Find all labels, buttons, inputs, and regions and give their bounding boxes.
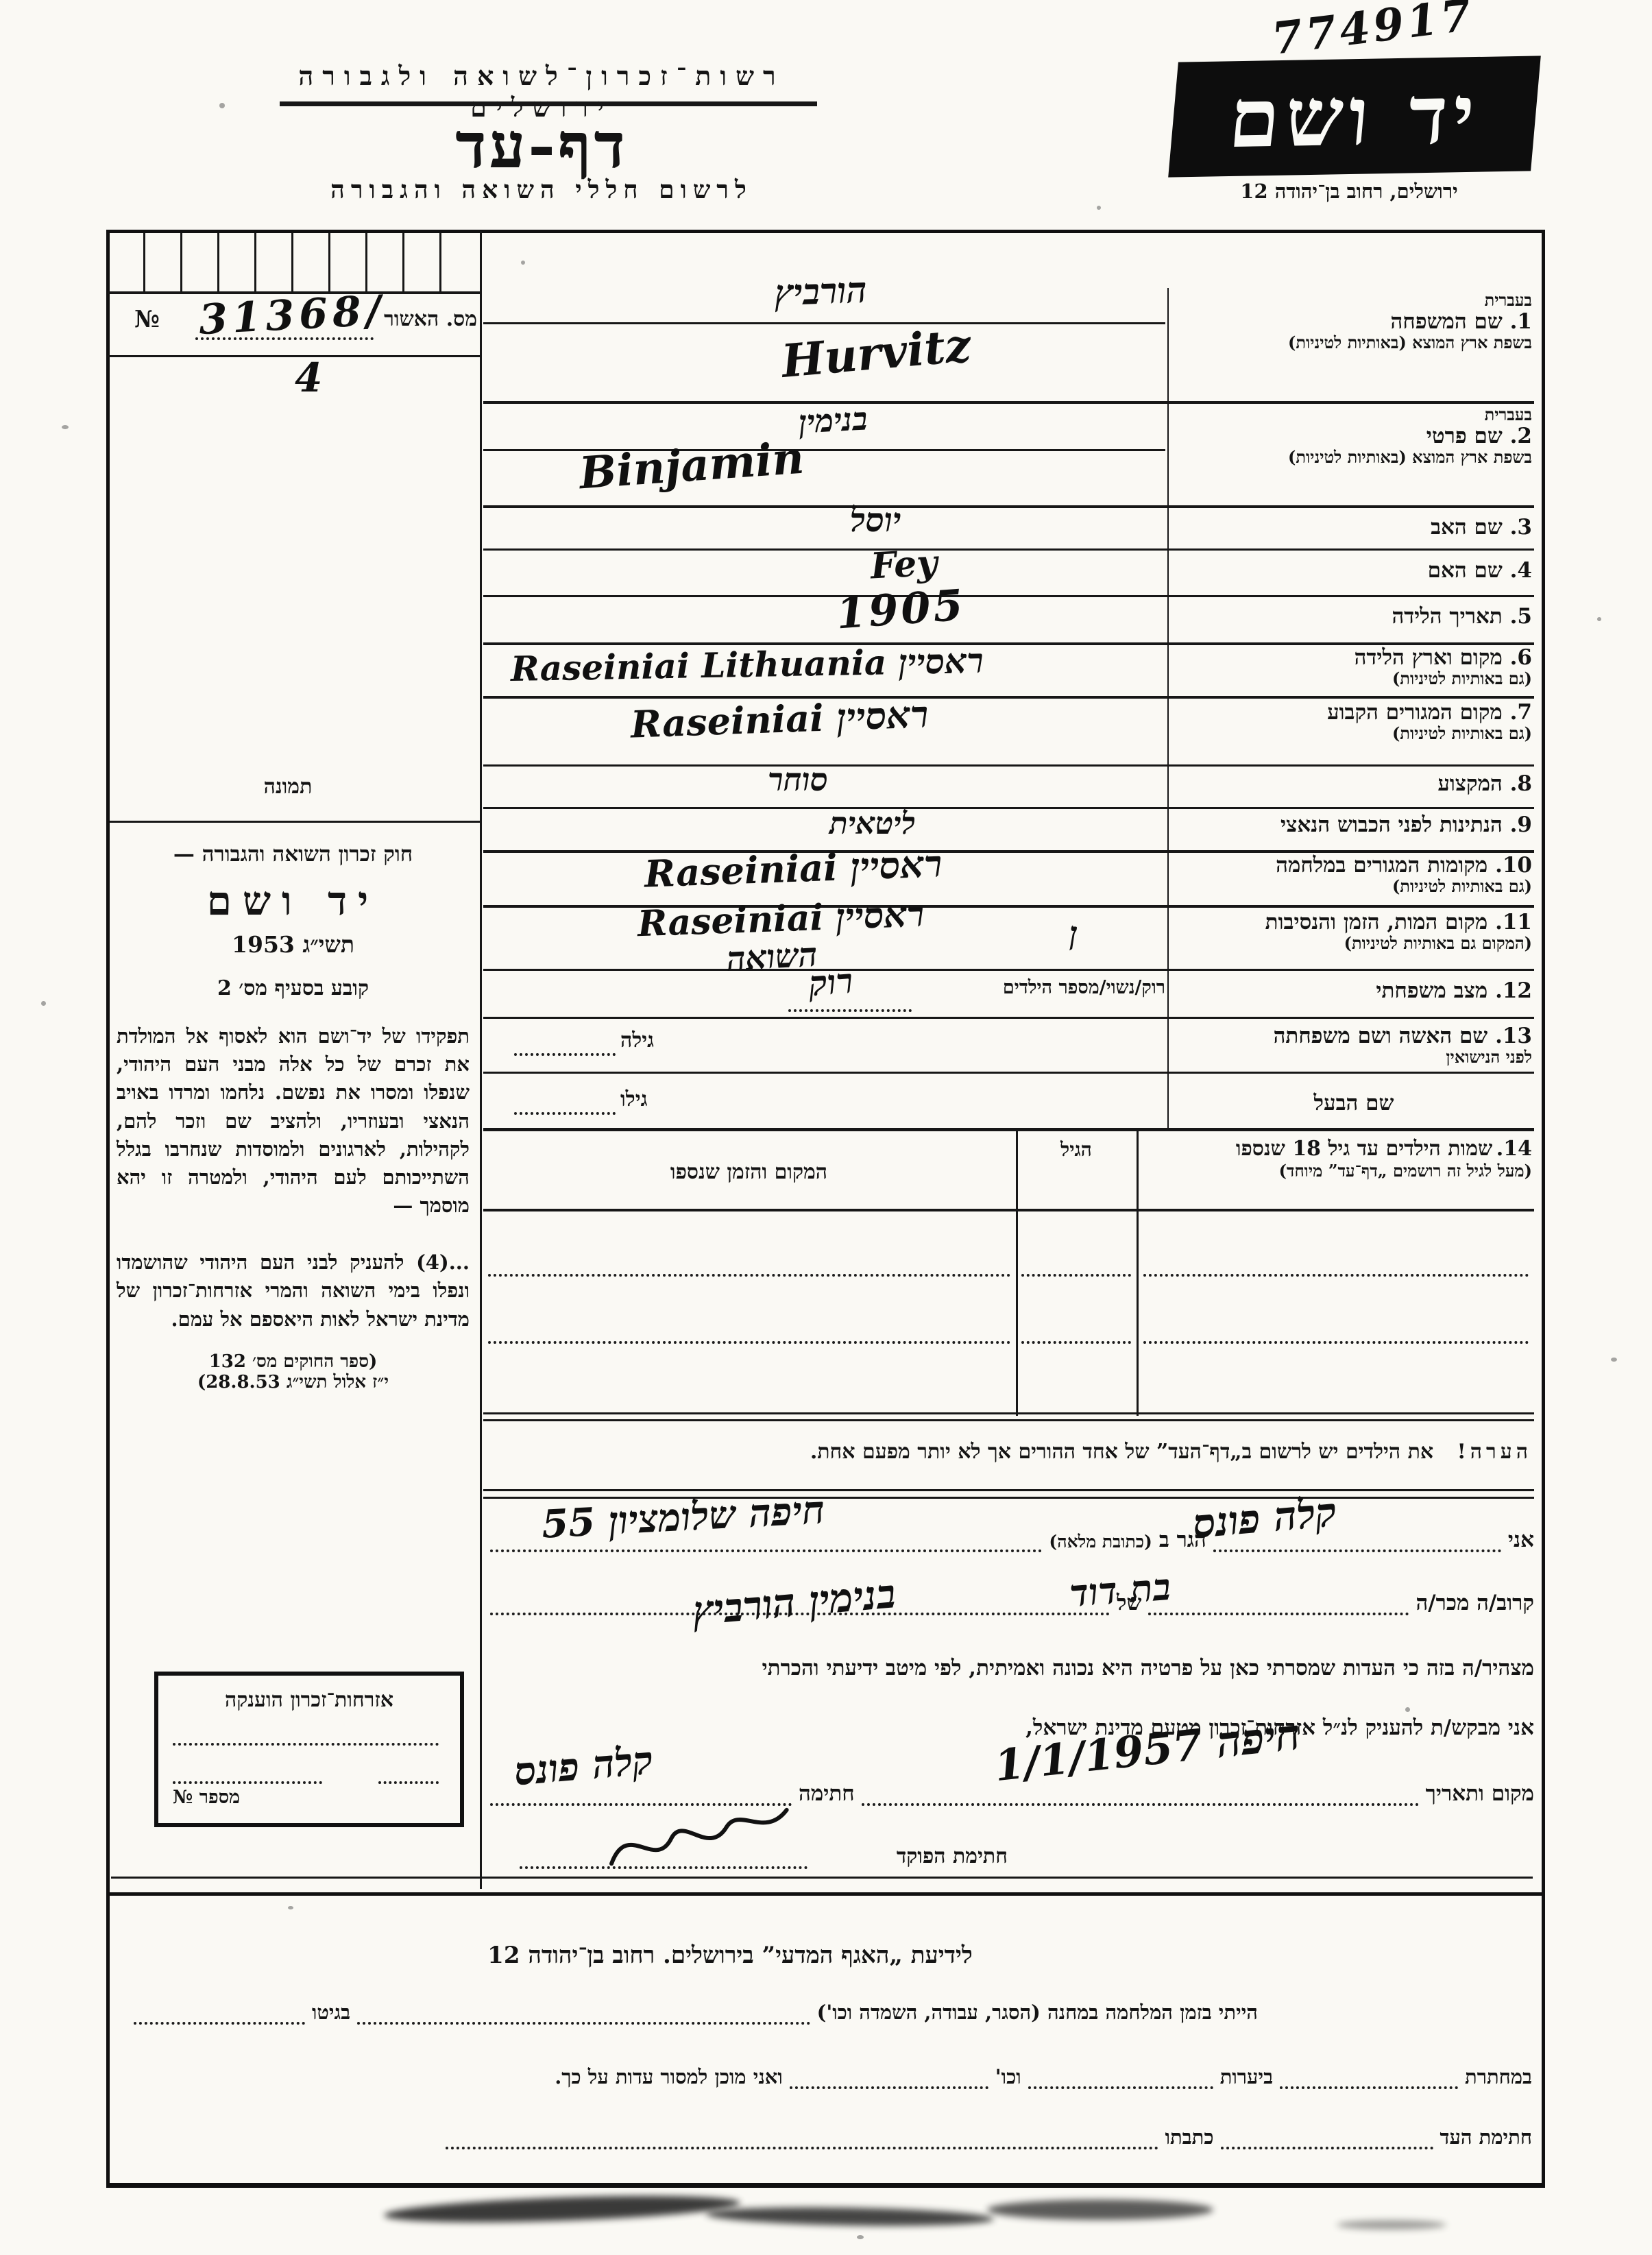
- marital-status-label: רוק/נשוי/מספר הילדים: [919, 977, 1165, 998]
- left-column-divider: [480, 231, 482, 1889]
- row-line: [483, 505, 1534, 508]
- testify-text: ואני מוכן למסור עדות על כך.: [555, 2065, 783, 2089]
- law-ref-1: (ספר החוקים מס׳ 132: [117, 1351, 470, 1372]
- form-subtitle: לרשום חללי השואה והגבורה: [254, 176, 829, 204]
- signature-value: קלה פונס: [513, 1741, 655, 1791]
- row-line: [483, 548, 1534, 551]
- note-text: את הילדים יש לרשום ב„דף־העד” של אחד ההור…: [810, 1440, 1433, 1464]
- row-line: [483, 969, 1534, 971]
- scan-speck: [1405, 1707, 1410, 1712]
- value-residence: ראסיין Raseiniai: [630, 695, 929, 743]
- main-frame-inner-bottom-line: [111, 1877, 1533, 1879]
- underground-label: במחתרת: [1465, 2065, 1532, 2089]
- row-line: [483, 807, 1534, 809]
- value-surname-hebrew: הורביץ: [774, 273, 867, 312]
- ghetto-dotted-line: [134, 2014, 305, 2025]
- scan-speck: [857, 2235, 864, 2239]
- children-names-header: 14. שמות הילדים עד גיל 18 שנספו (מעל לגי…: [1145, 1137, 1532, 1181]
- page-of-testimony-scan: רשות־זכרון־לשואה ולגבורה ירושלים דף-עד ל…: [0, 0, 1652, 2255]
- value-mother-name: Fey: [870, 545, 938, 584]
- row-line: [483, 401, 1534, 404]
- value-birth-place: ראסיין Raseiniai Lithuania: [511, 644, 984, 686]
- full-address-label: (כתובת מלאה): [1049, 1532, 1152, 1552]
- field-label-10: 10. מקומות המגורים במלחמה (גם באותיות לט…: [1176, 854, 1532, 896]
- approval-number-value-2: 4: [295, 358, 322, 398]
- note-separator-line: [483, 1489, 1534, 1491]
- value-father-name: יוסל: [850, 504, 901, 537]
- serial-cell-divider: [217, 233, 219, 291]
- children-table-divider: [1016, 1130, 1018, 1416]
- row-line: [483, 696, 1534, 699]
- camp-dotted-line: [357, 2014, 810, 2025]
- value-war-residence: ראסיין Raseiniai: [644, 845, 943, 892]
- law-ref-2: י״ז אלול תשי״ג 28.8.53): [117, 1372, 470, 1392]
- note-label: הערה!: [1457, 1440, 1532, 1464]
- children-table-row-line: [488, 1341, 1010, 1344]
- signature-label: חתימה: [799, 1781, 855, 1806]
- value-death-place: ראסיין Raseiniai: [637, 897, 925, 943]
- yad-vashem-logo-text: יד ושם: [1226, 74, 1483, 159]
- serial-cell-divider: [439, 233, 441, 291]
- field-label-8: 8. המקצוע: [1176, 772, 1532, 796]
- citizenship-number-label: מספר №: [173, 1787, 240, 1808]
- law-text-block: חוק זכרון השואה והגבורה — יד ושם תשי״ג 1…: [117, 842, 470, 1392]
- scientific-branch-info: לידיעת „האגף המדעי” בירושלים. רחוב בן־יה…: [260, 1942, 1200, 1969]
- scan-speck: [219, 103, 225, 108]
- witness-signature-dotted-line: [1221, 2138, 1433, 2149]
- children-table-bottom-line: [483, 1419, 1534, 1421]
- children-table-header-line: [483, 1209, 1534, 1211]
- camp-label: הייתי בזמן המלחמה במחנה (הסגר, עבודה, הש…: [817, 2001, 1258, 2025]
- forests-label: ביערות: [1220, 2065, 1273, 2089]
- children-table-row-line: [1021, 1341, 1131, 1344]
- photo-box-bottom-line: [110, 821, 480, 823]
- row-line: [483, 1017, 1534, 1019]
- numero-symbol: №: [134, 306, 160, 333]
- org-title-underline: [280, 101, 817, 106]
- value-death-note: השואה: [726, 939, 818, 976]
- serial-cell-divider: [365, 233, 367, 291]
- field-number: 1.: [1510, 309, 1532, 334]
- field-label-3: 3. שם האב: [1176, 516, 1532, 540]
- approval-number-label: מס. האשור: [374, 307, 477, 331]
- scan-speck: [1611, 1358, 1617, 1362]
- approval-number-value: 31368/: [198, 290, 387, 341]
- field-label-11: 11. מקום המות, הזמן והנסיבות (המקום גם ב…: [1176, 911, 1532, 953]
- logo-address: ירושלים, רחוב בן־יהודה 12: [1165, 180, 1533, 204]
- row-line: [483, 595, 1534, 597]
- submitter-name-value: קלה פונס: [1191, 1492, 1338, 1544]
- serial-cell-divider: [328, 233, 330, 291]
- field-label-5: 5. תאריך הלידה: [1176, 605, 1532, 629]
- i-label: אני: [1508, 1528, 1534, 1552]
- law-clause: קובע בסעיף מס׳ 2: [117, 976, 470, 1000]
- field-label-4: 4. שם האם: [1176, 559, 1532, 583]
- value-citizenship: ליטאית: [829, 809, 915, 839]
- scan-smudge: [987, 2199, 1213, 2220]
- field-label-9: 9. הנתינות לפני הכבוש הנאצי: [1176, 813, 1532, 837]
- declaration-statement: מצהיר/ה בזה כי העדות שמסרתי כאן על פרטיה…: [483, 1656, 1534, 1680]
- forests-dotted-line: [1028, 2078, 1213, 2089]
- law-name: יד ושם: [117, 878, 470, 924]
- his-age-dotted-line: [514, 1112, 616, 1115]
- witness-address-label: כתבתו: [1165, 2125, 1214, 2149]
- law-year: תשי״ג 1953: [117, 931, 470, 958]
- form-title: דף-עד: [254, 110, 829, 182]
- serial-cell-divider: [254, 233, 256, 291]
- children-table-row-line: [1021, 1274, 1131, 1277]
- declaration-request: אני מבקש/ת להעניק לנ״ל אזרחות־זכרון מטעם…: [483, 1715, 1534, 1740]
- relative-label: קרוב/ה מכר/ה: [1416, 1591, 1534, 1615]
- witness-signature-label: חתימת העד: [1440, 2125, 1532, 2149]
- relationship-dotted-line: [1148, 1604, 1409, 1615]
- approval-row-bottom-line: [108, 355, 480, 357]
- her-age-label: גילה: [620, 1028, 654, 1052]
- children-table-divider: [1137, 1130, 1139, 1416]
- labels-column-divider: [1167, 288, 1169, 1128]
- citizenship-dotted-line: [173, 1781, 322, 1784]
- field-label-2: בעברית 2. שם פרטי בשפת ארץ המוצא (באותיו…: [1176, 406, 1532, 466]
- value-firstname-hebrew: בנימין: [798, 402, 868, 437]
- scan-smudge: [384, 2191, 741, 2227]
- scan-speck: [1597, 617, 1601, 621]
- witness-address-dotted-line: [446, 2138, 1158, 2149]
- photo-label: תמונה: [206, 775, 370, 799]
- stray-ink-mark: ן: [1069, 917, 1078, 949]
- serial-cell-divider: [291, 233, 293, 291]
- husband-name-label: שם הבעל: [1176, 1092, 1532, 1116]
- marital-status-dotted-line: [788, 1009, 912, 1012]
- serial-cell-divider: [143, 233, 145, 291]
- scan-speck: [41, 1001, 46, 1006]
- citizenship-dotted-line: [378, 1781, 439, 1784]
- field-label-6: 6. מקום וארץ הלידה (גם באותיות לטיניות): [1176, 646, 1532, 688]
- field-label-7: 7. מקום המגורים הקבוע (גם באותיות לטיניו…: [1176, 701, 1532, 743]
- field-label-1: בעברית 1. שם המשפחה בשפת ארץ המוצא (באות…: [1176, 291, 1532, 352]
- scan-speck: [1097, 206, 1101, 210]
- scan-smudge: [1337, 2220, 1446, 2230]
- note-line: הערה! את הילדים יש לרשום ב„דף־העד” של אח…: [483, 1440, 1532, 1464]
- serial-cell-divider: [402, 233, 404, 291]
- scan-speck: [288, 1906, 293, 1909]
- field-label-12: 12. מצב משפחתי: [1176, 979, 1532, 1003]
- children-table-top-line: [483, 1128, 1534, 1131]
- value-birth-year: 1905: [835, 583, 967, 635]
- scan-speck: [521, 261, 525, 265]
- camp-ghetto-line: הייתי בזמן המלחמה במחנה (הסגר, עבודה, הש…: [127, 2001, 1258, 2025]
- row-line: [483, 1072, 1534, 1074]
- row-line: [483, 322, 1165, 324]
- underground-dotted-line: [1280, 2078, 1458, 2089]
- place-date-dotted-line: [862, 1795, 1419, 1806]
- serial-cell-divider: [180, 233, 182, 291]
- citizenship-dotted-line: [173, 1743, 439, 1746]
- etc-dotted-line: [790, 2078, 988, 2089]
- scan-smudge: [706, 2205, 994, 2228]
- scan-speck: [62, 425, 69, 429]
- marital-status-value: רוק: [807, 964, 853, 1001]
- etc-label: וכו': [995, 2065, 1021, 2089]
- clerk-signature-label: חתימת הפוקד: [816, 1844, 1008, 1868]
- children-table-row-line: [1143, 1274, 1529, 1277]
- value-profession: סוחר: [768, 764, 828, 795]
- witness-signature-line: חתימת העד כתבתו: [439, 2125, 1532, 2149]
- underground-forests-line: במחתרת ביערות וכו' ואני מוכן למסור עדות …: [267, 2065, 1532, 2089]
- children-table-row-line: [1143, 1341, 1529, 1344]
- memorial-citizenship-title: אזרחות־זכרון הוענקה: [158, 1688, 460, 1712]
- law-paragraph-1: תפקידו של יד־ושם הוא לאסוף אל המולדת את …: [117, 1022, 470, 1220]
- ghetto-label: בגיטו: [312, 2001, 350, 2025]
- place-date-label: מקום ותאריך: [1426, 1781, 1534, 1806]
- submitter-name-dotted-line: [1213, 1541, 1501, 1552]
- his-age-label: גילו: [620, 1087, 647, 1111]
- children-table-row-line: [488, 1274, 1010, 1277]
- children-table-bottom-line: [483, 1412, 1534, 1414]
- her-age-dotted-line: [514, 1053, 616, 1056]
- row-line: [483, 764, 1534, 767]
- law-heading: חוק זכרון השואה והגבורה —: [117, 842, 470, 867]
- yad-vashem-logo: יד ושם: [1168, 56, 1541, 177]
- declaration-line-relation: קרוב/ה מכר/ה של: [483, 1591, 1534, 1615]
- children-age-header: הגיל: [1018, 1138, 1134, 1161]
- children-place-header: המקום והזמן שנספו: [483, 1160, 1015, 1184]
- file-number-handwritten: 774917: [1270, 0, 1477, 62]
- law-paragraph-2: ...(4) להעניק לבני העם היהודי שהושמדו ונ…: [117, 1249, 470, 1334]
- field-label-13: 13. שם האשה ושם משפחתה לפני הנישואין: [1176, 1024, 1532, 1067]
- relationship-value: בת דוד: [1068, 1568, 1171, 1612]
